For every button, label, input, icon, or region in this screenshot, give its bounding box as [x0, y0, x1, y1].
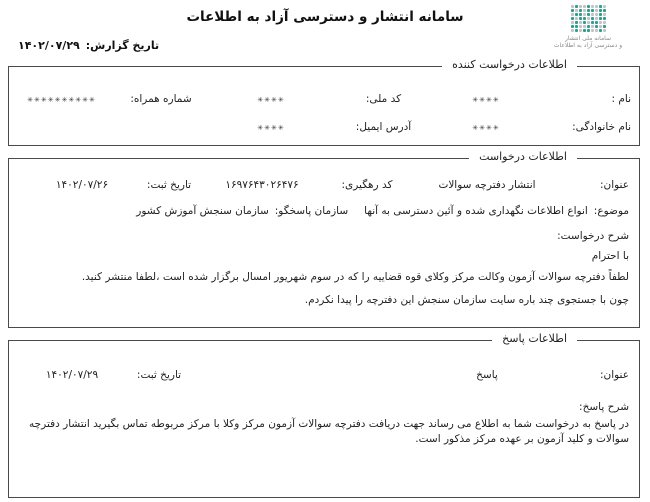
logo-caption-line1: سامانه ملی انتشار: [550, 35, 626, 42]
mobile-value: ✳✳✳✳✳✳✳✳✳✳: [17, 96, 106, 104]
report-date: تاریخ گزارش: ۱۴۰۲/۰۷/۲۹: [18, 39, 159, 52]
requester-row-2: نام خانوادگی: ✳✳✳✳ آدرس ایمیل: ✳✳✳✳: [9, 121, 639, 133]
report-date-label: تاریخ گزارش:: [86, 39, 159, 52]
email-label: آدرس ایمیل:: [326, 121, 441, 133]
email-value: ✳✳✳✳: [216, 124, 326, 132]
section-response-legend: اطلاعات پاسخ: [492, 332, 577, 345]
site-logo: سامانه ملی انتشار و دسترسی آزاد به اطلاع…: [550, 5, 626, 49]
section-requester-legend: اطلاعات درخواست کننده: [442, 58, 577, 71]
request-date-value: ۱۴۰۲/۰۷/۲۶: [29, 179, 135, 191]
logo-caption-line2: و دسترسی آزاد به اطلاعات: [550, 42, 626, 49]
logo-caption: سامانه ملی انتشار و دسترسی آزاد به اطلاع…: [550, 35, 626, 49]
subject-value: انواع اطلاعات نگهداری شده و آئین دسترسی …: [364, 205, 588, 217]
request-title-value: انتشار دفترچه سوالات: [413, 179, 561, 191]
response-title-label: عنوان:: [561, 369, 629, 381]
responding-org-value: سازمان سنجش آموزش کشور: [136, 205, 268, 217]
lastname-label: نام خانوادگی:: [531, 121, 631, 133]
request-row-1: عنوان: انتشار دفترچه سوالات کد رهگیری: ۱…: [9, 179, 639, 191]
national-code-label: کد ملی:: [326, 93, 441, 105]
response-title-value: پاسخ: [413, 369, 561, 381]
tracking-code-value: ۱۶۹۷۶۴۳۰۲۶۴۷۶: [203, 179, 321, 191]
response-desc-label: شرح پاسخ:: [9, 401, 639, 413]
response-date-value: ۱۴۰۲/۰۷/۲۹: [19, 369, 125, 381]
request-desc-line-2: لطفاً دفترچه سوالات آزمون وکالت مرکز وکل…: [9, 271, 639, 283]
request-desc-line-3: چون با جستجوی چند باره سایت سازمان سنجش …: [9, 294, 639, 306]
section-request-info: اطلاعات درخواست عنوان: انتشار دفترچه سوا…: [8, 158, 640, 328]
name-value: ✳✳✳✳: [441, 96, 531, 104]
lastname-value: ✳✳✳✳: [441, 124, 531, 132]
request-row-2: موضوع: انواع اطلاعات نگهداری شده و آئین …: [9, 205, 639, 217]
logo-dots-icon: [550, 5, 626, 32]
subject-label: موضوع:: [594, 205, 629, 217]
request-title-label: عنوان:: [561, 179, 629, 191]
mobile-label: شماره همراه:: [106, 93, 216, 105]
requester-row-1: نام : ✳✳✳✳ کد ملی: ✳✳✳✳ شماره همراه: ✳✳✳…: [9, 93, 639, 105]
request-desc-line-1: با احترام: [9, 250, 639, 262]
section-response-info: اطلاعات پاسخ عنوان: پاسخ تاریخ ثبت: ۱۴۰۲…: [8, 340, 640, 498]
tracking-code-label: کد رهگیری:: [321, 179, 413, 191]
report-date-value: ۱۴۰۲/۰۷/۲۹: [18, 39, 80, 52]
section-request-legend: اطلاعات درخواست: [469, 150, 577, 163]
name-label: نام :: [531, 93, 631, 105]
response-desc-text: در پاسخ به درخواست شما به اطلاع می رساند…: [9, 417, 639, 447]
responding-org-label: سازمان پاسخگو:: [275, 205, 348, 217]
request-date-label: تاریخ ثبت:: [135, 179, 203, 191]
report-page: { "header": { "title": "سامانه انتشار و …: [0, 0, 650, 502]
national-code-value: ✳✳✳✳: [216, 96, 326, 104]
response-date-label: تاریخ ثبت:: [125, 369, 193, 381]
section-requester-info: اطلاعات درخواست کننده نام : ✳✳✳✳ کد ملی:…: [8, 66, 640, 146]
response-row-1: عنوان: پاسخ تاریخ ثبت: ۱۴۰۲/۰۷/۲۹: [9, 369, 639, 381]
request-desc-label: شرح درخواست:: [9, 230, 639, 242]
